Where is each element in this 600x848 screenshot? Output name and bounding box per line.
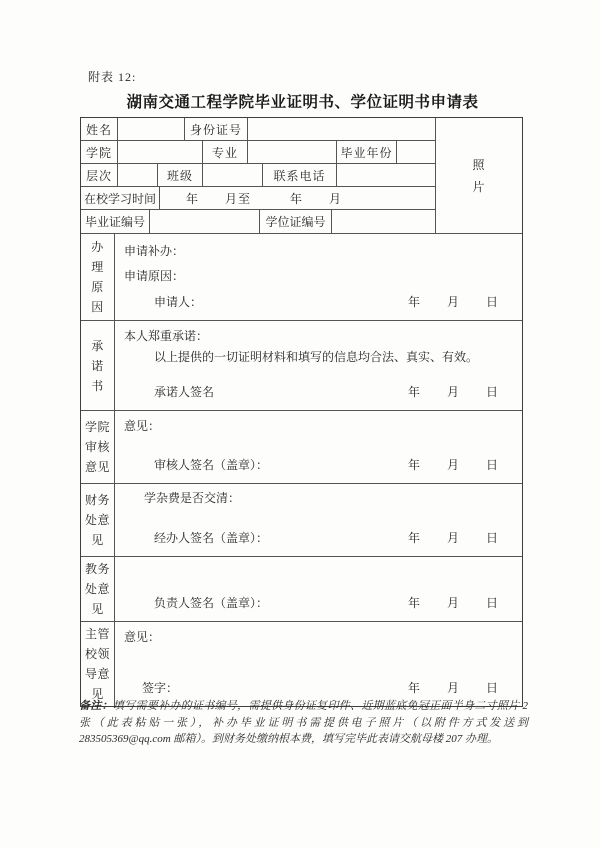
section-finance-office: 财务 处意 见 学杂费是否交清： 经办人签名（盖章）： 年 月 日	[81, 484, 522, 557]
remark-label: 备注：	[79, 700, 113, 712]
document-page: 附表 12: 湖南交通工程学院毕业证明书、学位证明书申请表 姓名 身份证号 学院…	[0, 0, 600, 848]
college-review-body: 意见： 审核人签名（盖章）： 年 月 日	[115, 411, 522, 483]
director-sign-label: 负责人签名（盖章）：	[124, 592, 268, 614]
processing-reason-body: 申请补办： 申请原因： 申请人： 年 月 日	[115, 234, 522, 320]
grad-year-value	[397, 141, 435, 163]
section-processing-reason: 办 理 原 因 申请补办： 申请原因： 申请人： 年 月 日	[81, 234, 522, 321]
applicant-sign-label: 申请人：	[124, 291, 202, 313]
section-college-review: 学院 审核 意见 意见： 审核人签名（盖章）： 年 月 日	[81, 411, 522, 484]
grad-year-label: 毕业年份	[337, 141, 397, 163]
study-period-value: 年 月至 年 月	[160, 187, 435, 209]
remark-note: 备注：填写需要补办的证书编号，需提供身份证复印件、近期蓝底免冠正面半身二寸照片 …	[79, 698, 528, 748]
study-period-label: 在校学习时间	[81, 187, 160, 209]
major-label: 专业	[203, 141, 248, 163]
section-school-leader: 主管 校领 导意 见 意见： 签字： 年 月 日	[81, 622, 522, 706]
diploma-number-label: 毕业证编号	[81, 210, 150, 233]
finance-office-label: 财务 处意 见	[81, 484, 115, 556]
leader-sign-row: 签字： 年 月 日	[124, 677, 513, 699]
id-number-value	[248, 118, 435, 140]
degree-number-value	[332, 210, 435, 233]
id-number-label: 身份证号	[185, 118, 248, 140]
commitment-label: 承 诺 书	[81, 321, 115, 410]
fees-paid-line: 学杂费是否交清：	[124, 489, 513, 507]
director-sign-row: 负责人签名（盖章）： 年 月 日	[124, 592, 513, 614]
college-label: 学院	[81, 141, 118, 163]
appendix-label: 附表 12:	[88, 68, 136, 85]
handler-sign-row: 经办人签名（盖章）： 年 月 日	[124, 527, 513, 549]
row-level-class-phone: 层次 班级 联系电话	[81, 164, 435, 187]
reviewer-sign-label: 审核人签名（盖章）：	[124, 454, 268, 476]
applicant-date: 年 月 日	[408, 291, 513, 313]
apply-replacement-line: 申请补办：	[124, 239, 513, 264]
handler-date: 年 月 日	[408, 527, 513, 549]
name-value	[118, 118, 185, 140]
commitment-opening-line: 本人郑重承诺：	[124, 326, 513, 347]
level-value	[118, 164, 158, 186]
photo-box: 照 片	[435, 118, 522, 233]
major-value	[248, 141, 337, 163]
finance-office-body: 学杂费是否交清： 经办人签名（盖章）： 年 月 日	[115, 484, 522, 556]
leader-sign-label: 签字：	[124, 677, 178, 699]
phone-value	[337, 164, 435, 186]
apply-reason-line: 申请原因：	[124, 264, 513, 289]
leader-opinion-line: 意见：	[124, 627, 513, 647]
row-certificate-numbers: 毕业证编号 学位证编号	[81, 210, 435, 233]
commitment-body: 本人郑重承诺： 以上提供的一切证明材料和填写的信息均合法、真实、有效。 承诺人签…	[115, 321, 522, 410]
academic-affairs-body: 负责人签名（盖章）： 年 月 日	[115, 557, 522, 621]
handler-sign-label: 经办人签名（盖章）：	[124, 527, 268, 549]
class-label: 班级	[158, 164, 203, 186]
school-leader-label: 主管 校领 导意 见	[81, 622, 115, 706]
school-leader-body: 意见： 签字： 年 月 日	[115, 622, 522, 706]
reviewer-sign-row: 审核人签名（盖章）： 年 月 日	[124, 454, 513, 476]
info-grid: 姓名 身份证号 学院 专业 毕业年份 层次 班级	[81, 118, 522, 234]
processing-reason-label: 办 理 原 因	[81, 234, 115, 320]
college-value	[118, 141, 203, 163]
application-form-table: 姓名 身份证号 学院 专业 毕业年份 层次 班级	[80, 117, 523, 707]
leader-date: 年 月 日	[408, 677, 513, 699]
degree-number-label: 学位证编号	[260, 210, 332, 233]
diploma-number-value	[150, 210, 260, 233]
photo-label: 照 片	[436, 118, 522, 233]
academic-affairs-label: 教务 处意 见	[81, 557, 115, 621]
info-grid-left: 姓名 身份证号 学院 专业 毕业年份 层次 班级	[81, 118, 435, 233]
phone-label: 联系电话	[263, 164, 337, 186]
section-commitment: 承 诺 书 本人郑重承诺： 以上提供的一切证明材料和填写的信息均合法、真实、有效…	[81, 321, 522, 411]
row-college-major: 学院 专业 毕业年份	[81, 141, 435, 164]
class-value	[203, 164, 263, 186]
promisor-sign-row: 承诺人签名 年 月 日	[124, 381, 513, 403]
name-label: 姓名	[81, 118, 118, 140]
applicant-sign-row: 申请人： 年 月 日	[124, 291, 513, 313]
college-review-label: 学院 审核 意见	[81, 411, 115, 483]
promisor-sign-label: 承诺人签名	[124, 381, 214, 403]
level-label: 层次	[81, 164, 118, 186]
reviewer-date: 年 月 日	[408, 454, 513, 476]
commitment-statement-line: 以上提供的一切证明材料和填写的信息均合法、真实、有效。	[124, 347, 513, 368]
row-study-period: 在校学习时间 年 月至 年 月	[81, 187, 435, 210]
row-name-id: 姓名 身份证号	[81, 118, 435, 141]
section-academic-affairs: 教务 处意 见 负责人签名（盖章）： 年 月 日	[81, 557, 522, 622]
promisor-date: 年 月 日	[408, 381, 513, 403]
form-title: 湖南交通工程学院毕业证明书、学位证明书申请表	[80, 90, 525, 112]
director-date: 年 月 日	[408, 592, 513, 614]
college-opinion-line: 意见：	[124, 416, 513, 436]
remark-text: 填写需要补办的证书编号，需提供身份证复印件、近期蓝底免冠正面半身二寸照片 2 张…	[79, 700, 528, 745]
